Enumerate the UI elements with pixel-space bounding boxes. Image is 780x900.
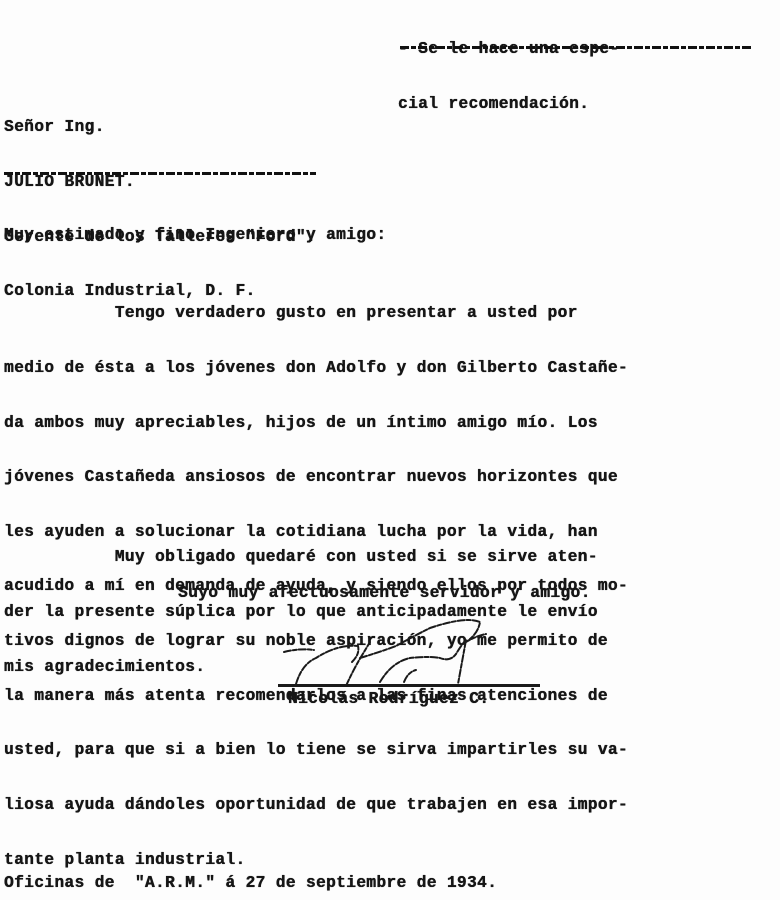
addressee-name: JULIO BRUNET. — [4, 173, 316, 191]
letter-footer-date: Oficinas de "A.R.M." á 27 de septiembre … — [4, 874, 497, 892]
handwritten-signature — [280, 612, 550, 692]
body-line: tante planta industrial. — [4, 851, 628, 869]
closing: Suyo muy afectuosamente servidor y amigo… — [178, 584, 591, 602]
signature-line — [278, 684, 540, 687]
body-line: medio de ésta a los jóvenes don Adolfo y… — [4, 359, 628, 377]
body-line: Muy obligado quedaré con usted si se sir… — [4, 548, 598, 566]
body-line: usted, para que si a bien lo tiene se si… — [4, 741, 628, 759]
addressee-underline — [4, 172, 316, 175]
signer-name: Nicolás Rodríguez C. — [288, 690, 489, 708]
letter-page: - Se le hace una espe- cial recomendació… — [0, 0, 780, 900]
note-underline — [400, 46, 752, 49]
salutation: Muy estimado y fino Ingeniero y amigo: — [4, 226, 386, 244]
note-line: cial recomendación. — [398, 95, 619, 113]
addressee-title: Señor Ing. — [4, 118, 316, 136]
body-line: liosa ayuda dándoles oportunidad de que … — [4, 796, 628, 814]
note-line: - Se le hace una espe- — [398, 40, 619, 58]
body-line: Tengo verdadero gusto en presentar a ust… — [4, 304, 628, 322]
body-line: da ambos muy apreciables, hijos de un ín… — [4, 414, 628, 432]
special-recommendation-note: - Se le hace una espe- cial recomendació… — [398, 4, 619, 150]
body-line: jóvenes Castañeda ansiosos de encontrar … — [4, 468, 628, 486]
